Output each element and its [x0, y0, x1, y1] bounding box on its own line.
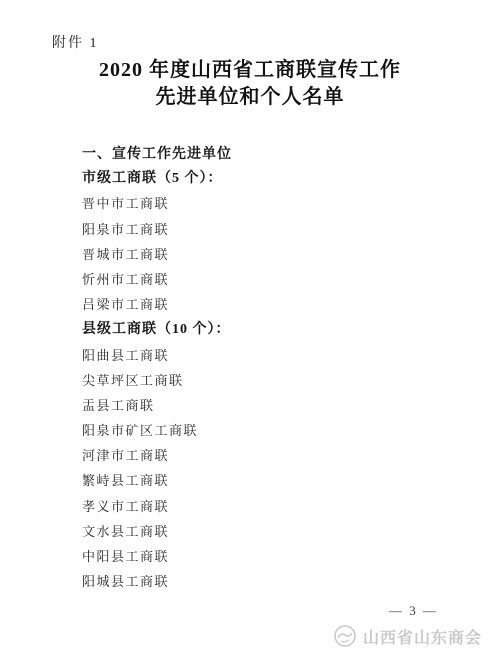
document-title-line1: 2020 年度山西省工商联宣传工作 — [0, 57, 500, 84]
list-item: 尖草坪区工商联 — [82, 368, 500, 393]
list-item: 盂县工商联 — [82, 393, 500, 418]
round-emblem-icon — [333, 624, 357, 648]
document-title-line2: 先进单位和个人名单 — [0, 84, 500, 111]
list-item: 阳泉市矿区工商联 — [82, 418, 500, 443]
list-item: 河津市工商联 — [82, 443, 500, 468]
list-item: 阳城县工商联 — [82, 569, 500, 594]
list-item: 孝义市工商联 — [82, 494, 500, 519]
list-item: 忻州市工商联 — [82, 267, 500, 292]
document-title: 2020 年度山西省工商联宣传工作 先进单位和个人名单 — [0, 57, 500, 111]
group-heading-city: 市级工商联（5 个）： — [82, 166, 500, 191]
list-item: 吕梁市工商联 — [82, 292, 500, 317]
list-item: 晋中市工商联 — [82, 191, 500, 216]
list-item: 阳曲县工商联 — [82, 343, 500, 368]
watermark: 山西省山东商会 — [333, 624, 482, 648]
list-item: 阳泉市工商联 — [82, 217, 500, 242]
list-item: 繁峙县工商联 — [82, 468, 500, 493]
list-item: 文水县工商联 — [82, 519, 500, 544]
group-heading-county: 县级工商联（10 个）： — [82, 317, 500, 342]
attachment-label: 附件 1 — [52, 36, 500, 51]
document-page: 附件 1 2020 年度山西省工商联宣传工作 先进单位和个人名单 一、宣传工作先… — [0, 0, 500, 655]
list-item: 中阳县工商联 — [82, 544, 500, 569]
list-item: 晋城市工商联 — [82, 242, 500, 267]
document-body: 一、宣传工作先进单位 市级工商联（5 个）： 晋中市工商联 阳泉市工商联 晋城市… — [82, 141, 500, 594]
page-number: — 3 — — [0, 603, 500, 619]
watermark-text: 山西省山东商会 — [363, 625, 482, 648]
section-heading: 一、宣传工作先进单位 — [82, 141, 500, 166]
